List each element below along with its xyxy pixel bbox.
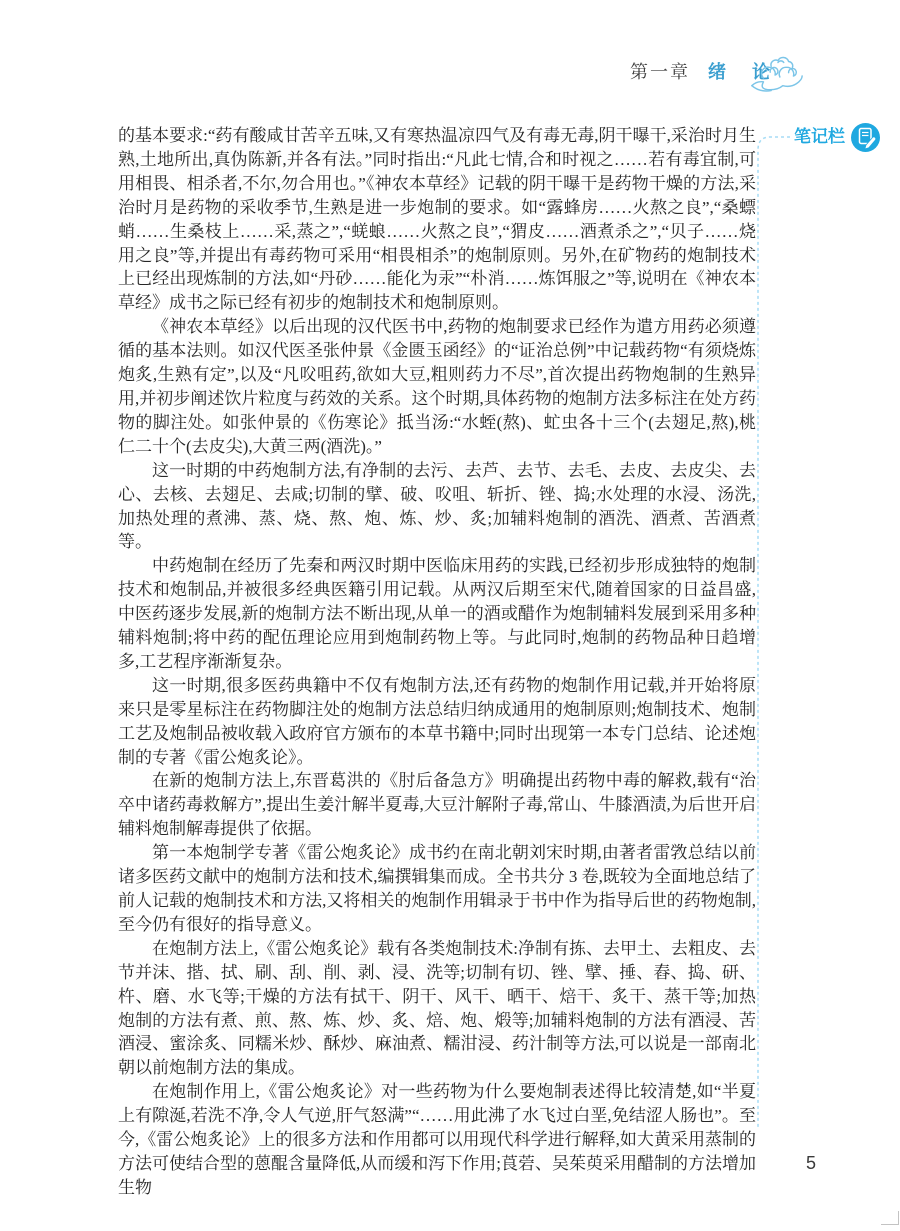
notes-column-tab: 笔记栏 xyxy=(794,121,881,153)
notes-column-label: 笔记栏 xyxy=(794,121,845,153)
paragraph-9: 在炮制作用上,《雷公炮炙论》对一些药物为什么要炮制表述得比较清楚,如“半夏上有隙… xyxy=(118,1080,756,1200)
paragraph-8: 在炮制方法上,《雷公炮炙论》载有各类炮制技术:净制有拣、去甲土、去粗皮、去节并沫… xyxy=(118,937,756,1080)
paragraph-2: 《神农本草经》以后出现的汉代医书中,药物的炮制要求已经作为遣方用药必须遵循的基本… xyxy=(118,315,756,458)
paragraph-1: 的基本要求:“药有酸咸甘苦辛五味,又有寒热温凉四气及有毒无毒,阴干曝干,采治时月… xyxy=(118,124,756,315)
book-page: 第一章 绪论 笔记栏 xyxy=(0,0,900,1231)
paragraph-4: 中药炮制在经历了先秦和两汉时期中医临床用药的实践,已经初步形成独特的炮制技术和炮… xyxy=(118,554,756,674)
paragraph-5: 这一时期,很多医药典籍中不仅有炮制方法,还有药物的炮制作用记载,并开始将原来只是… xyxy=(118,674,756,770)
corner-crop-mark xyxy=(881,1211,899,1225)
page-number: 5 xyxy=(796,1153,826,1174)
paragraph-7: 第一本炮制学专著《雷公炮炙论》成书约在南北朝刘宋时期,由著者雷敩总结以前诸多医药… xyxy=(118,841,756,937)
notepad-pen-icon xyxy=(850,122,881,153)
chapter-number: 第一章 xyxy=(630,58,690,84)
body-text: 的基本要求:“药有酸咸甘苦辛五味,又有寒热温凉四气及有毒无毒,阴干曝干,采治时月… xyxy=(118,124,756,1200)
paragraph-6: 在新的炮制方法上,东晋葛洪的《肘后备急方》明确提出药物中毒的解救,载有“治卒中诸… xyxy=(118,769,756,841)
auspicious-cloud-icon xyxy=(748,48,806,106)
paragraph-3: 这一时期的中药炮制方法,有净制的去污、去芦、去节、去毛、去皮、去皮尖、去心、去核… xyxy=(118,459,756,555)
